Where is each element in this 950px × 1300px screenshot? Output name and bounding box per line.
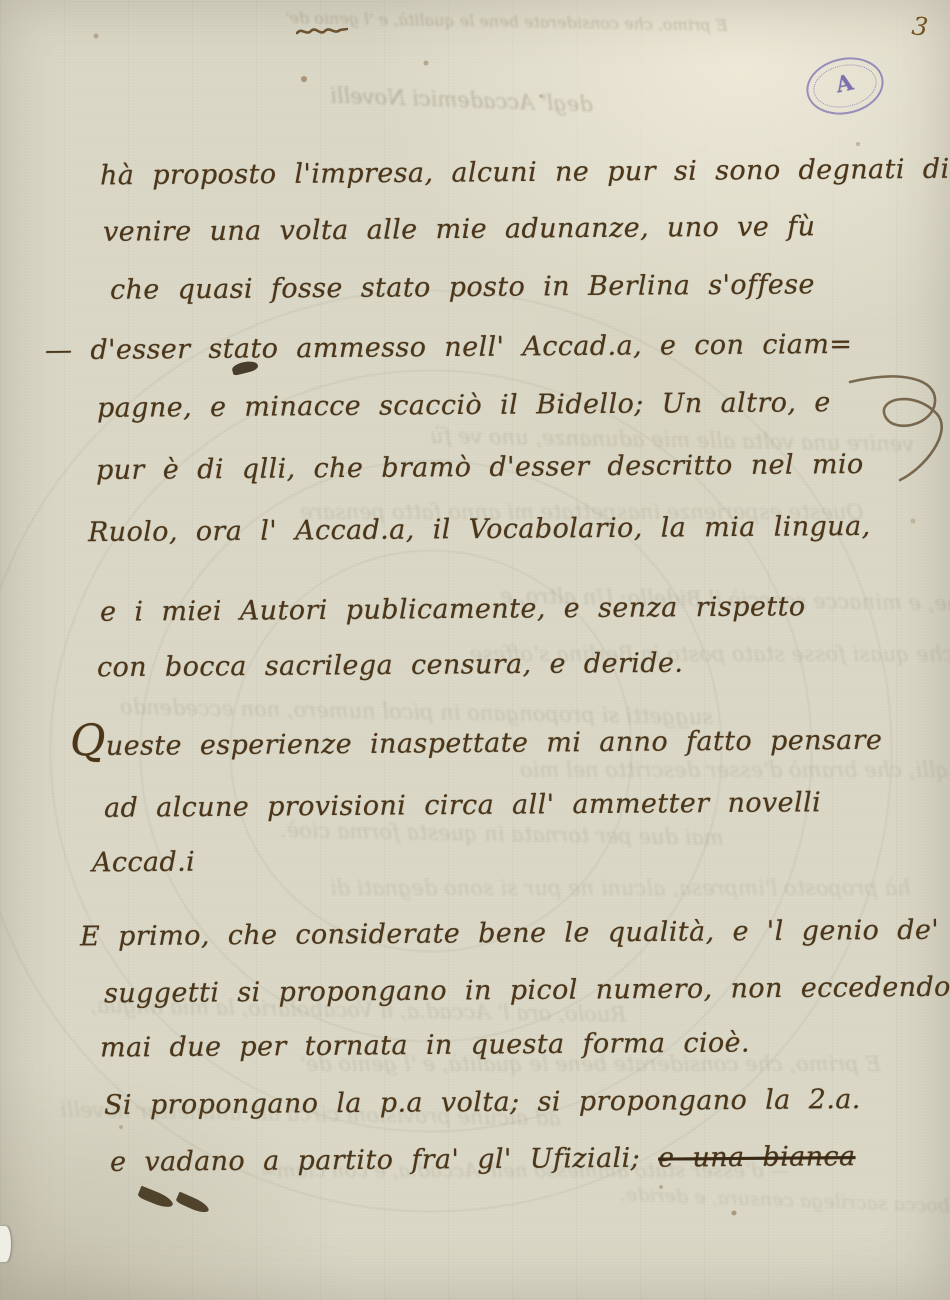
manuscript-line: — d'esser stato ammesso nell' Accad.a, e…	[45, 329, 853, 366]
ink-mark	[137, 1186, 175, 1211]
manuscript-line: Si propongano la p.a volta; si propongan…	[104, 1084, 861, 1121]
manuscript-line: Ruolo, ora l' Accad.a, il Vocabolario, l…	[88, 511, 871, 548]
manuscript-line: hà proposto l'impresa, alcuni ne pur si …	[100, 154, 950, 192]
paper-chip	[0, 1226, 11, 1262]
manuscript-line: con bocca sacrilega censura, e deride.	[97, 648, 684, 684]
paper-specks	[0, 0, 2, 2]
manuscript-line: venire una volta alle mie adunanze, uno …	[103, 211, 816, 248]
manuscript-line: pur è di qlli, che bramò d'esser descrit…	[96, 449, 864, 486]
pen-flourish	[845, 368, 945, 488]
ink-mark	[175, 1192, 211, 1216]
bleed-through-line: con bocca sacrilega censura, e deride.	[620, 1184, 950, 1219]
manuscript-line: mai due per tornata in questa forma cioè…	[100, 1027, 750, 1063]
manuscript-line: ad alcune provisioni circa all' ammetter…	[104, 787, 821, 824]
manuscript-line: e i miei Autori publicamente, e senza ri…	[100, 591, 806, 628]
manuscript-line: pagne, e minacce scacciò il Bidello; Un …	[97, 387, 831, 424]
manuscript-line: Accad.i	[92, 847, 195, 879]
line-text: e vadano a partito fra' gl' Ufiziali;	[110, 1143, 658, 1178]
struck-text: e una bianca	[658, 1141, 856, 1174]
manuscript-line: suggetti si propongano in picol numero, …	[104, 972, 950, 1010]
bleed-through-line: degl' Accademici Novelli	[330, 83, 593, 116]
bleed-through-line: E primo, che considerate bene le qualità…	[285, 8, 728, 35]
retraced-annotation-stroke	[296, 24, 348, 38]
manuscript-line: che quasi fosse stato posto in Berlina s…	[110, 269, 815, 306]
manuscript-line: e vadano a partito fra' gl' Ufiziali; e …	[110, 1141, 856, 1178]
library-stamp: A	[801, 51, 889, 122]
manuscript-page: E primo, che considerate bene le qualità…	[0, 0, 950, 1300]
manuscript-line: Queste esperienze inaspettate mi anno fa…	[70, 719, 883, 762]
page-number: 3	[910, 11, 929, 42]
